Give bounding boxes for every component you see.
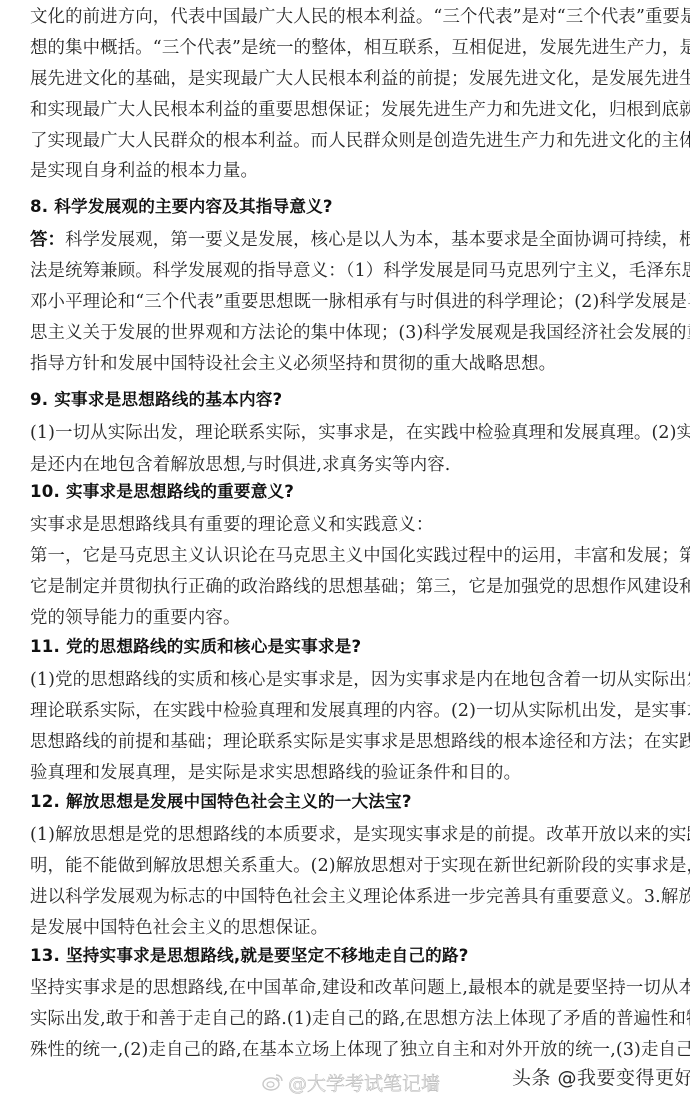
text-line: 实事求是思想路线具有重要的理论意义和实践意义： xyxy=(30,514,433,536)
text-line: 殊性的统一,(2)走自己的路,在基本立场上体现了独立自主和对外开放的统一,(3)… xyxy=(30,1039,656,1061)
text-line: 实际出发,敢于和善于走自己的路.(1)走自己的路,在思想方法上体现了矛盾的普遍性… xyxy=(30,1008,656,1030)
text-line: 指导方针和发展中国特设社会主义必须坚持和贯彻的重大战略思想。 xyxy=(30,353,556,375)
text-line: 法是统筹兼顾。科学发展观的指导意义：（1）科学发展是同马克思列宁主义，毛泽东思想… xyxy=(30,260,656,282)
text-line: 和实现最广大人民根本利益的重要思想保证；发展先进生产力和先进文化，归根到底就是为 xyxy=(30,99,656,121)
toutiao-watermark: 头条 @我要变得更好 xyxy=(512,1063,690,1090)
answer-text: 科学发展观，第一要义是发展，核心是以人为本，基本要求是全面协调可持续，根本方 xyxy=(65,230,690,250)
text-line: 理论联系实际，在实践中检验真理和发展真理的内容。(2)一切从实际机出发，是实事求… xyxy=(30,700,656,722)
text-line: 第一，它是马克思主义认识论在马克思主义中国化实践过程中的运用，丰富和发展；第二， xyxy=(30,545,656,567)
section-heading: 8. 科学发展观的主要内容及其指导意义? xyxy=(30,196,333,218)
section-heading: 12. 解放思想是发展中国特色社会主义的一大法宝? xyxy=(30,791,412,813)
text-line: 思想路线的前提和基础；理论联系实际是实事求是思想路线的根本途径和方法；在实践中检 xyxy=(30,731,656,753)
text-line: 是发展中国特色社会主义的思想保证。 xyxy=(30,917,328,939)
text-line: 验真理和发展真理，是实际是求实思想路线的验证条件和目的。 xyxy=(30,762,521,784)
text-line: 它是制定并贯彻执行正确的政治路线的思想基础；第三，它是加强党的思想作风建设和提高 xyxy=(30,576,656,598)
text-line: 是还内在地包含着解放思想,与时俱进,求真务实等内容. xyxy=(30,454,450,476)
text-line: 邓小平理论和“三个代表”重要思想既一脉相承有与时俱进的科学理论；(2)科学发展是… xyxy=(30,291,656,313)
text-line: 展先进文化的基础，是实现最广大人民根本利益的前提；发展先进文化，是发展先进生产力 xyxy=(30,68,656,90)
text-line: 坚持实事求是的思想路线,在中国革命,建设和改革问题上,最根本的就是要坚持一切从本… xyxy=(30,977,656,999)
text-line: (1)一切从实际出发，理论联系实际，实事求是，在实践中检验真理和发展真理。(2)… xyxy=(30,422,656,444)
text-line: (1)解放思想是党的思想路线的本质要求，是实现实事求是的前提。改革开放以来的实践… xyxy=(30,824,656,846)
text-line: 明，能不能做到解放思想关系重大。(2)解放思想对于实现在新世纪新阶段的实事求是，… xyxy=(30,855,656,877)
weibo-icon xyxy=(262,1071,284,1093)
text-line: 思主义关于发展的世界观和方法论的集中体现；(3)科学发展观是我国经济社会发展的重… xyxy=(30,322,656,344)
section-heading: 10. 实事求是思想路线的重要意义? xyxy=(30,481,294,503)
text-line: 想的集中概括。“三个代表”是统一的整体，相互联系，互相促进，发展先进生产力，是发 xyxy=(30,37,656,59)
text-line: 进以科学发展观为标志的中国特色社会主义理论体系进一步完善具有重要意义。3.解放思… xyxy=(30,886,656,908)
answer-label: 答： xyxy=(30,230,65,250)
section-heading: 11. 党的思想路线的实质和核心是实事求是? xyxy=(30,636,361,658)
text-line: 答：科学发展观，第一要义是发展，核心是以人为本，基本要求是全面协调可持续，根本方 xyxy=(30,229,656,251)
weibo-watermark: @大学考试笔记墙 xyxy=(262,1069,440,1095)
text-line: 了实现最广大人民群众的根本利益。而人民群众则是创造先进生产力和先进文化的主体，也 xyxy=(30,130,656,152)
text-line: 党的领导能力的重要内容。 xyxy=(30,607,241,629)
text-line: 文化的前进方向，代表中国最广大人民的根本利益。“三个代表”是对“三个代表”重要是 xyxy=(30,6,656,28)
text-line: 是实现自身利益的根本力量。 xyxy=(30,160,258,182)
weibo-handle: @大学考试笔记墙 xyxy=(288,1069,440,1096)
text-line: (1)党的思想路线的实质和核心是实事求是，因为实事求是内在地包含着一切从实际出发… xyxy=(30,669,656,691)
section-heading: 13. 坚持实事求是思想路线,就是要坚定不移地走自己的路? xyxy=(30,945,469,967)
section-heading: 9. 实事求是思想路线的基本内容? xyxy=(30,389,282,411)
